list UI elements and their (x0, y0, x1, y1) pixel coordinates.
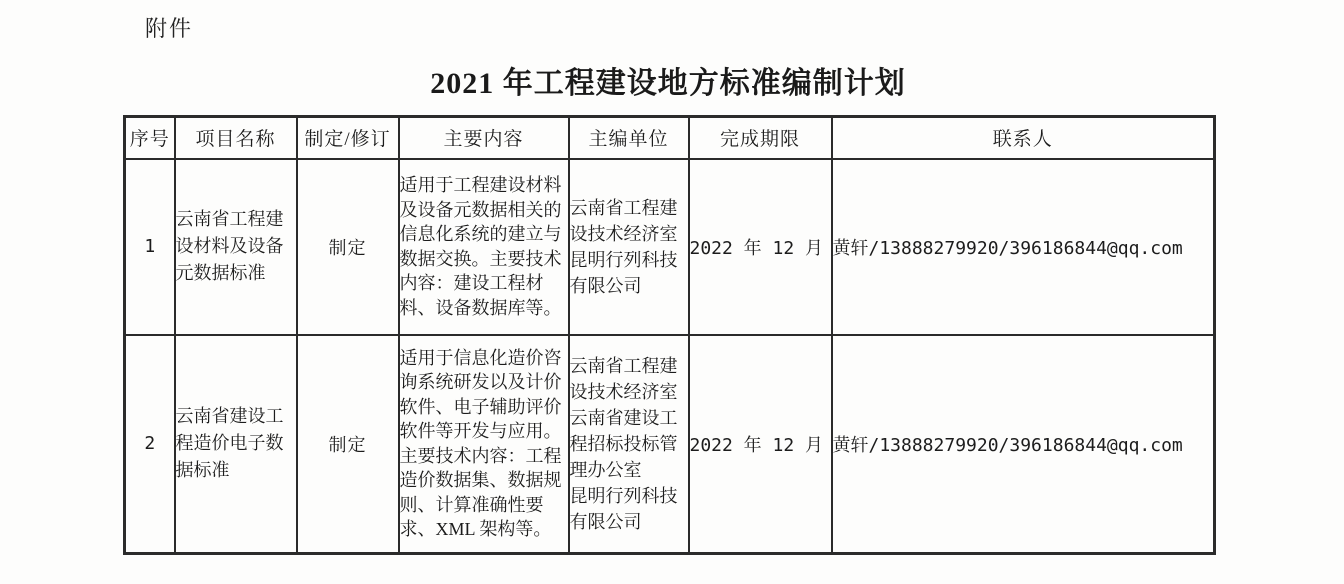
table-row: 1 云南省工程建设材料及设备元数据标准 制定 适用于工程建设材料及设备元数据相关… (125, 159, 1215, 335)
page-title: 2021 年工程建设地方标准编制计划 (123, 58, 1213, 102)
cell-main-content: 适用于工程建设材料及设备元数据相关的信息化系统的建立与数据交换。主要技术内容：建… (399, 159, 569, 335)
col-header-contact: 联系人 (832, 117, 1215, 159)
col-header-seq: 序号 (125, 117, 175, 159)
col-header-project-name: 项目名称 (175, 117, 297, 159)
col-header-formulate-revise: 制定/修订 (297, 117, 399, 159)
cell-main-content: 适用于信息化造价咨询系统研发以及计价软件、电子辅助评价软件等开发与应用。主要技术… (399, 335, 569, 554)
standards-plan-table: 序号 项目名称 制定/修订 主要内容 主编单位 完成期限 联系人 1 云南省工程… (123, 115, 1216, 555)
col-header-chief-unit: 主编单位 (569, 117, 689, 159)
cell-deadline: 2022 年 12 月 30 日 (689, 335, 832, 554)
table-row: 2 云南省建设工程造价电子数据标准 制定 适用于信息化造价咨询系统研发以及计价软… (125, 335, 1215, 554)
cell-project-name: 云南省建设工程造价电子数据标准 (175, 335, 297, 554)
unit-name: 云南省工程建设技术经济室 (570, 353, 688, 405)
attachment-label: 附件 (145, 12, 193, 43)
cell-seq: 2 (125, 335, 175, 554)
table-header-row: 序号 项目名称 制定/修订 主要内容 主编单位 完成期限 联系人 (125, 117, 1215, 159)
unit-name: 云南省工程建设技术经济室 (570, 195, 688, 247)
unit-name: 云南省建设工程招标投标管理办公室 (570, 405, 688, 483)
unit-name: 昆明行列科技有限公司 (570, 247, 688, 299)
cell-formulate-revise: 制定 (297, 159, 399, 335)
col-header-deadline: 完成期限 (689, 117, 832, 159)
cell-seq: 1 (125, 159, 175, 335)
cell-chief-units: 云南省工程建设技术经济室 昆明行列科技有限公司 (569, 159, 689, 335)
cell-chief-units: 云南省工程建设技术经济室 云南省建设工程招标投标管理办公室 昆明行列科技有限公司 (569, 335, 689, 554)
cell-deadline: 2022 年 12 月 30 日 (689, 159, 832, 335)
col-header-main-content: 主要内容 (399, 117, 569, 159)
cell-contact: 黄轩/13888279920/396186844@qq.com (832, 159, 1215, 335)
cell-project-name: 云南省工程建设材料及设备元数据标准 (175, 159, 297, 335)
document-page: 附件 2021 年工程建设地方标准编制计划 序号 项目名称 制定/修订 主要内容… (0, 0, 1344, 584)
cell-contact: 黄轩/13888279920/396186844@qq.com (832, 335, 1215, 554)
cell-formulate-revise: 制定 (297, 335, 399, 554)
unit-name: 昆明行列科技有限公司 (570, 483, 688, 535)
